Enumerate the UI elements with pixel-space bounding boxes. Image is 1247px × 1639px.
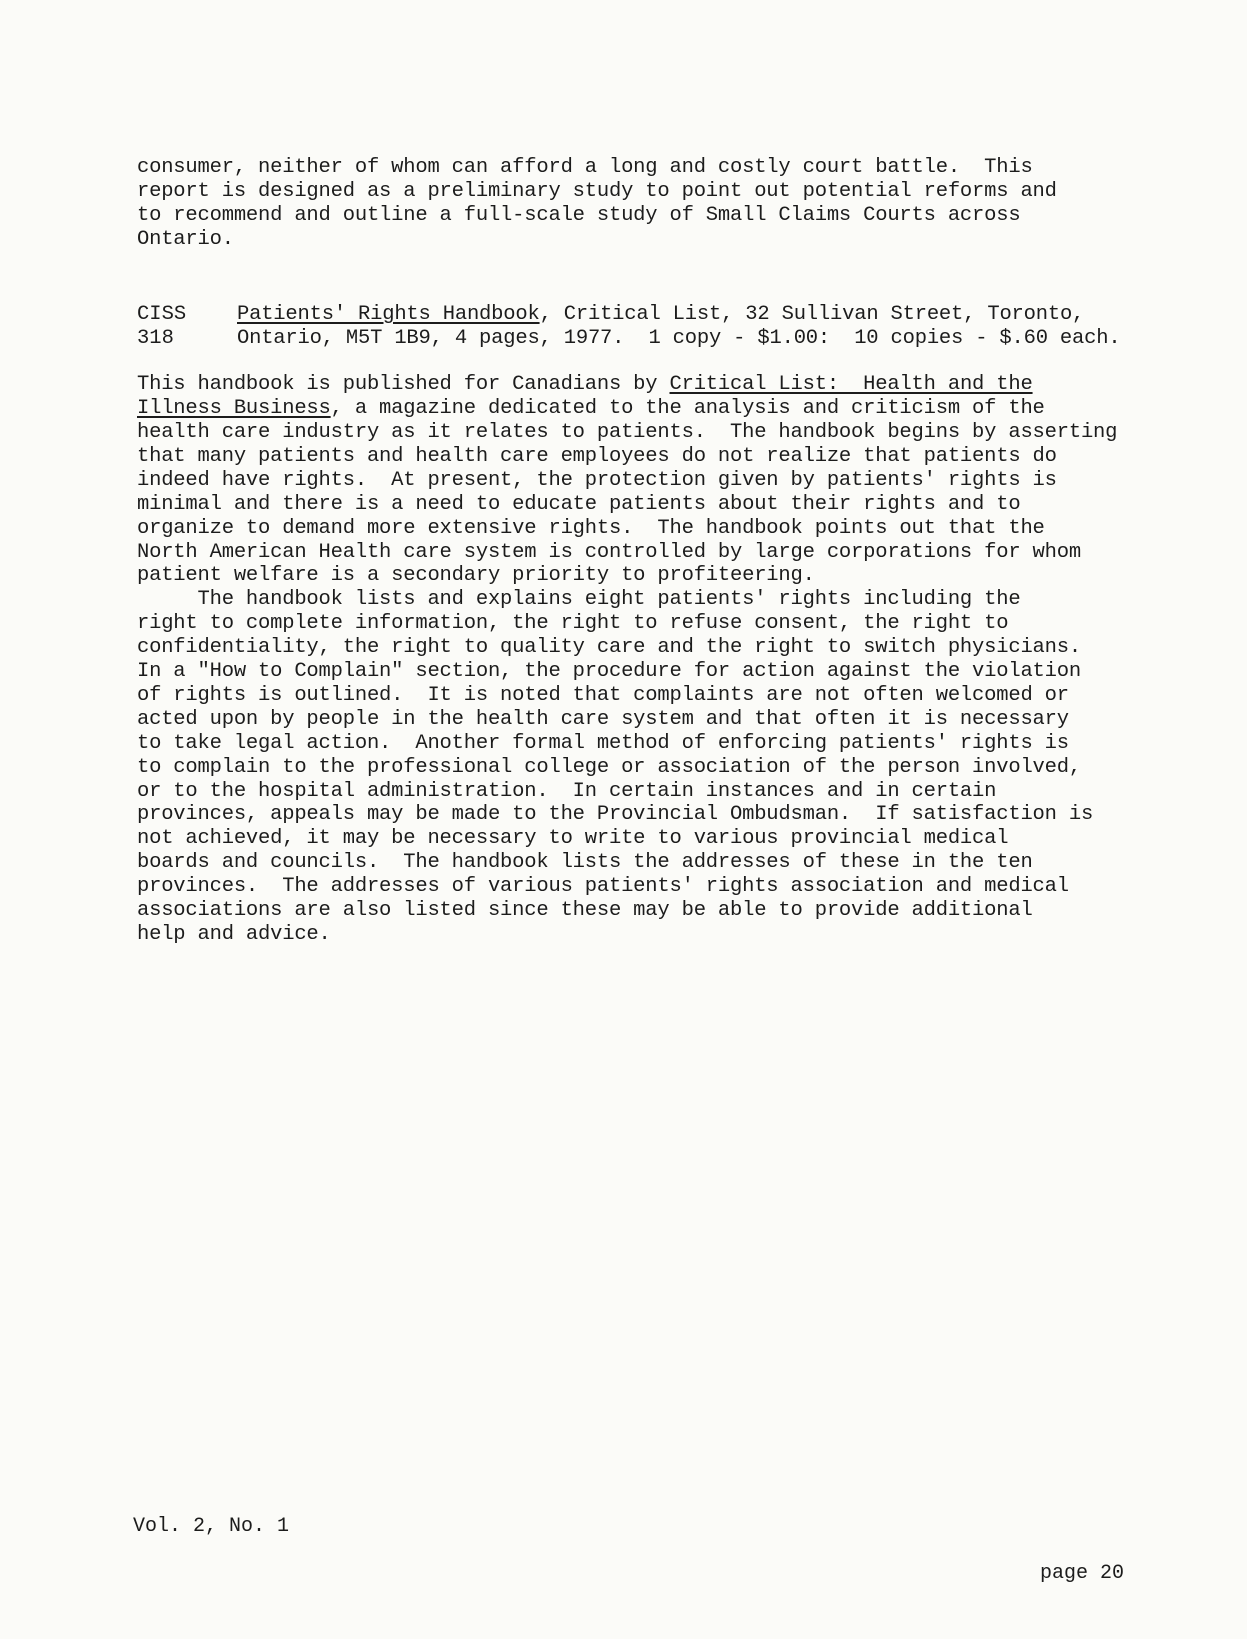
citation-code: CISS [137,303,186,327]
volume-label: Vol. 2, No. 1 [133,1515,289,1538]
citation-number: 318 [137,327,174,351]
text-line: indeed have rights. At present, the prot… [137,469,1057,493]
magazine-title-continued: Illness Business [137,397,331,420]
text-line: report is designed as a preliminary stud… [137,180,1057,204]
text-line: minimal and there is a need to educate p… [137,493,1020,517]
text-line: acted upon by people in the health care … [137,708,1069,732]
text-line: right to complete information, the right… [137,612,1008,636]
text-line: to complain to the professional college … [137,756,1081,780]
text-line: boards and councils. The handbook lists … [137,851,1033,875]
text-line: health care industry as it relates to pa… [137,421,1117,445]
text-line: The handbook lists and explains eight pa… [137,588,1020,612]
text-line: provinces. The addresses of various pati… [137,875,1069,899]
text-line: Illness Business, a magazine dedicated t… [137,397,1045,421]
text-line: help and advice. [137,923,331,947]
text-line: associations are also listed since these… [137,899,1033,923]
text-line: to take legal action. Another formal met… [137,732,1069,756]
document-page: consumer, neither of whom can afford a l… [0,0,1247,1639]
text-line: Ontario. [137,228,234,252]
citation-line-1: Patients' Rights Handbook, Critical List… [237,303,1084,327]
text-line: In a "How to Complain" section, the proc… [137,660,1081,684]
bleed-through-text [160,990,698,1014]
text-line: patient welfare is a secondary priority … [137,564,815,588]
text-line: that many patients and health care emplo… [137,445,1057,469]
text-line: of rights is outlined. It is noted that … [137,684,1069,708]
text-line: or to the hospital administration. In ce… [137,780,996,804]
text-line: North American Health care system is con… [137,541,1081,565]
magazine-title: Critical List: Health and the [670,373,1033,396]
citation-title: Patients' Rights Handbook [237,303,540,326]
citation-line-2: Ontario, M5T 1B9, 4 pages, 1977. 1 copy … [237,327,1120,351]
citation-publisher: , Critical List, 32 Sullivan Street, Tor… [540,303,1085,326]
text-line: to recommend and outline a full-scale st… [137,204,1020,228]
page-number: page 20 [1040,1562,1124,1585]
text-line: organize to demand more extensive rights… [137,517,1045,541]
text-line: This handbook is published for Canadians… [137,373,1033,397]
text-line: not achieved, it may be necessary to wri… [137,827,1008,851]
text-line: provinces, appeals may be made to the Pr… [137,803,1093,827]
text-line: confidentiality, the right to quality ca… [137,636,1081,660]
text-line: consumer, neither of whom can afford a l… [137,156,1033,180]
